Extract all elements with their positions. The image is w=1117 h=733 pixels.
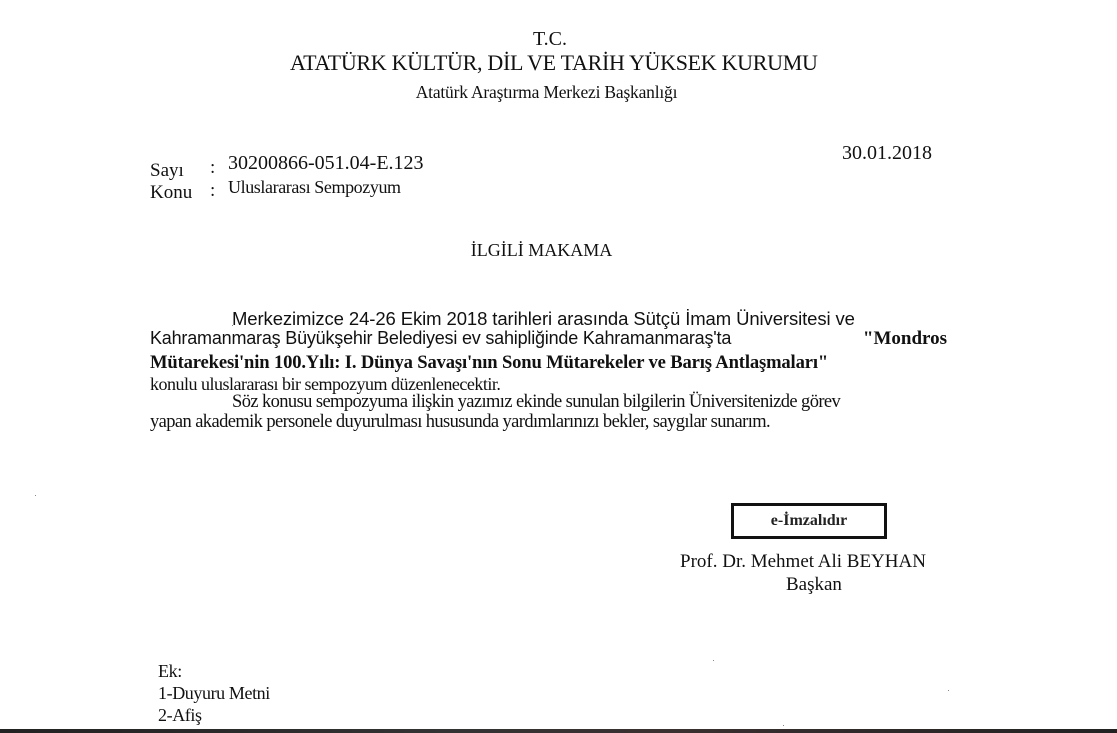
signatory-title: Başkan: [786, 574, 842, 596]
salutation: İLGİLİ MAKAMA: [0, 240, 1083, 261]
sayi-separator: :: [210, 157, 215, 179]
body-paragraph-1-line-2: Kahramanmaraş Büyükşehir Belediyesi ev s…: [150, 328, 947, 350]
header-tc: T.C.: [0, 28, 1100, 51]
scan-speck: [35, 495, 36, 496]
konu-label: Konu: [150, 182, 192, 204]
symposium-title-start: "Mondros: [863, 328, 947, 350]
e-signature-stamp-text: e-İmzalıdır: [771, 512, 847, 530]
scan-speck: [232, 325, 233, 326]
header-institution: ATATÜRK KÜLTÜR, DİL VE TARİH YÜKSEK KURU…: [290, 50, 818, 76]
sayi-value: 30200866-051.04-E.123: [228, 152, 424, 175]
konu-value: Uluslararası Sempozyum: [228, 177, 401, 198]
letter-date: 30.01.2018: [842, 142, 932, 165]
body-paragraph-2-line-1: Söz konusu sempozyuma ilişkin yazımız ek…: [232, 392, 947, 413]
scan-speck: [713, 660, 714, 661]
body-text: Kahramanmaraş Büyükşehir Belediyesi ev s…: [150, 328, 731, 348]
symposium-title: Mütarekesi'nin 100.Yılı: I. Dünya Savaşı…: [150, 352, 947, 374]
sayi-label: Sayı: [150, 160, 184, 182]
attachment-item: 2-Afiş: [158, 705, 202, 726]
body-paragraph-1-line-1: Merkezimizce 24-26 Ekim 2018 tarihleri a…: [232, 308, 947, 330]
page-bottom-edge: [0, 729, 1117, 733]
attachment-item: 1-Duyuru Metni: [158, 683, 270, 704]
scan-speck: [783, 725, 784, 726]
body-paragraph-2-line-2: yapan akademik personele duyurulması hus…: [150, 412, 947, 433]
konu-separator: :: [210, 180, 215, 202]
signatory-name: Prof. Dr. Mehmet Ali BEYHAN: [680, 551, 926, 573]
e-signature-stamp: e-İmzalıdır: [731, 503, 887, 539]
attachments-label: Ek:: [158, 661, 182, 682]
scan-speck: [948, 690, 949, 691]
header-department: Atatürk Araştırma Merkezi Başkanlığı: [0, 82, 1093, 103]
